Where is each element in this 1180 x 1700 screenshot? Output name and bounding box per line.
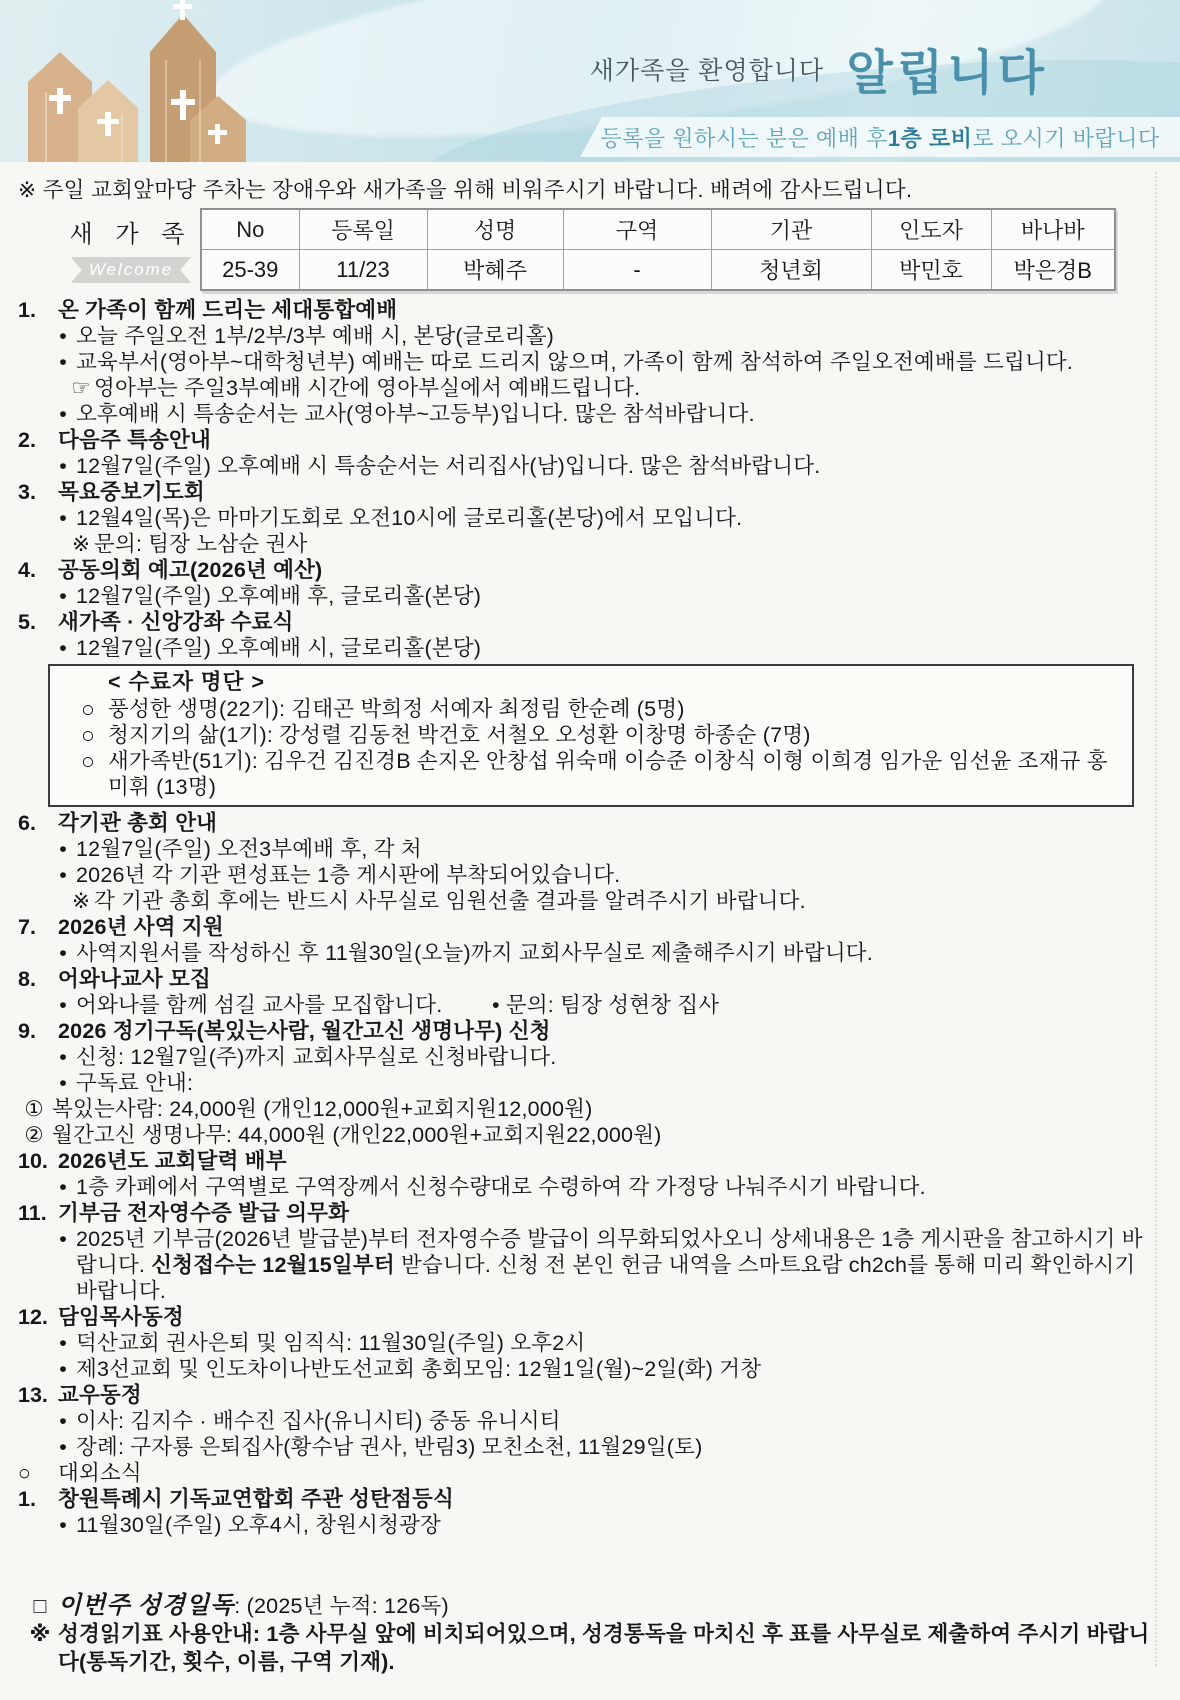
section-heading: 13.교우동정 bbox=[10, 1382, 1154, 1408]
sections: 1.온 가족이 함께 드리는 세대통합예배•오늘 주일오전 1부/2부/3부 예… bbox=[10, 297, 1154, 1538]
item-text: 어와나를 함께 섬길 교사를 모집합니다. • 문의: 팀장 성현창 집사 bbox=[76, 992, 1154, 1018]
item-marker: • bbox=[50, 635, 76, 661]
section-title: 어와나교사 모집 bbox=[58, 966, 211, 992]
list-item: ○청지기의 삶(1기): 강성렬 김동천 박건호 서철오 오성환 이창명 하종순… bbox=[68, 722, 1122, 748]
section-title: 다음주 특송안내 bbox=[58, 427, 211, 453]
item-marker: • bbox=[50, 505, 76, 531]
item-marker: • bbox=[50, 1044, 76, 1070]
list-item: •1층 카페에서 구역별로 구역장께서 신청수량대로 수령하여 각 가정당 나눠… bbox=[50, 1174, 1154, 1200]
list-item: ①복있는사람: 24,000원 (개인12,000원+교회지원12,000원) bbox=[16, 1096, 1154, 1122]
col-name: 성명 bbox=[427, 209, 563, 250]
section-heading: 5.새가족 · 신앙강좌 수료식 bbox=[10, 609, 1154, 635]
section-title: 공동의회 예고(2026년 예산) bbox=[58, 557, 322, 583]
item-marker: • bbox=[50, 323, 76, 349]
section-number: 6. bbox=[10, 810, 58, 836]
item-text: 제3선교회 및 인도차이나반도선교회 총회모임: 12월1일(월)~2일(화) … bbox=[76, 1356, 1154, 1382]
completion-list-box: < 수료자 명단 >○풍성한 생명(22기): 김태곤 박희정 서예자 최정림 … bbox=[48, 664, 1134, 807]
item-text: 2026년 각 기관 편성표는 1층 게시판에 부착되어있습니다. bbox=[76, 862, 1154, 888]
section: ○대외소식 bbox=[10, 1460, 1154, 1486]
item-text: 오늘 주일오전 1부/2부/3부 예배 시, 본당(글로리홀) bbox=[76, 323, 1154, 349]
section-number: 10. bbox=[10, 1148, 58, 1174]
registration-text-bold: 1층 로비 bbox=[888, 122, 973, 153]
item-text: 교육부서(영아부~대학청년부) 예배는 따로 드리지 않으며, 가족이 함께 참… bbox=[76, 349, 1154, 375]
page-title: 알립니다 bbox=[847, 47, 1048, 100]
section: 12.담임목사동정•덕산교회 권사은퇴 및 임직식: 11월30일(주일) 오후… bbox=[10, 1304, 1154, 1382]
section-number: 9. bbox=[10, 1018, 58, 1044]
list-item: ○새가족반(51기): 김우건 김진경B 손지온 안창섭 위숙매 이승준 이창식… bbox=[68, 748, 1122, 800]
bulletin-content: ※ 주일 교회앞마당 주차는 장애우와 새가족을 위해 비워주시기 바랍니다. … bbox=[0, 162, 1180, 1676]
perforation-line bbox=[1155, 172, 1157, 1666]
section-heading: 2.다음주 특송안내 bbox=[10, 427, 1154, 453]
item-marker: ※ bbox=[68, 531, 94, 557]
list-item: •교육부서(영아부~대학청년부) 예배는 따로 드리지 않으며, 가족이 함께 … bbox=[50, 349, 1154, 375]
item-marker: ☞ bbox=[68, 375, 94, 401]
item-text: 풍성한 생명(22기): 김태곤 박희정 서예자 최정림 한순례 (5명) bbox=[108, 696, 1122, 722]
item-text: 12월7일(주일) 오후예배 시 특송순서는 서리집사(남)입니다. 많은 참석… bbox=[76, 453, 1154, 479]
item-text: 11월30일(주일) 오후4시, 창원시청광장 bbox=[76, 1512, 1154, 1538]
cell-district: - bbox=[563, 250, 711, 291]
item-text: 구독료 안내: bbox=[76, 1070, 1154, 1096]
list-item: •어와나를 함께 섬길 교사를 모집합니다. • 문의: 팀장 성현창 집사 bbox=[50, 992, 1154, 1018]
section-number: 13. bbox=[10, 1382, 58, 1408]
newcomer-block: 새 가 족 Welcome No 등록일 성명 구역 기관 인도자 바나바 25… bbox=[62, 208, 1154, 291]
section: 5.새가족 · 신앙강좌 수료식•12월7일(주일) 오후예배 시, 글로리홀(… bbox=[10, 609, 1154, 807]
welcome-ribbon: Welcome bbox=[71, 257, 192, 283]
item-marker: • bbox=[50, 1330, 76, 1356]
item-marker: ② bbox=[16, 1122, 52, 1148]
item-marker: □ bbox=[22, 1592, 58, 1620]
table-row: 25-39 11/23 박혜주 - 청년회 박민호 박은경B bbox=[201, 250, 1115, 291]
list-item: ②월간고신 생명나무: 44,000원 (개인22,000원+교회지원22,00… bbox=[16, 1122, 1154, 1148]
item-text: 신청: 12월7일(주)까지 교회사무실로 신청바랍니다. bbox=[76, 1044, 1154, 1070]
col-organization: 기관 bbox=[711, 209, 871, 250]
section: 9.2026 정기구독(복있는사람, 월간고신 생명나무) 신청•신청: 12월… bbox=[10, 1018, 1154, 1148]
list-item: •장례: 구자룡 은퇴집사(황수남 권사, 반림3) 모친소천, 11월29일(… bbox=[50, 1434, 1154, 1460]
section-title: 2026년도 교회달력 배부 bbox=[58, 1148, 287, 1174]
newcomer-label-text: 새 가 족 bbox=[62, 214, 200, 249]
item-text: 12월7일(주일) 오후예배 후, 글로리홀(본당) bbox=[76, 583, 1154, 609]
section: 4.공동의회 예고(2026년 예산)•12월7일(주일) 오후예배 후, 글로… bbox=[10, 557, 1154, 609]
section-heading: 11.기부금 전자영수증 발급 의무화 bbox=[10, 1200, 1154, 1226]
section-number: 8. bbox=[10, 966, 58, 992]
col-reg-date: 등록일 bbox=[299, 209, 427, 250]
list-item: ○풍성한 생명(22기): 김태곤 박희정 서예자 최정림 한순례 (5명) bbox=[68, 696, 1122, 722]
registration-banner: 등록을 원하시는 분은 예배 후 1층 로비 로 오시기 바랍니다 bbox=[580, 117, 1180, 157]
item-text: 오후예배 시 특송순서는 교사(영아부~고등부)입니다. 많은 참석바랍니다. bbox=[76, 401, 1154, 427]
section-number: ○ bbox=[10, 1460, 58, 1486]
emphasis-text: 성경읽기표 사용안내: 1층 사무실 앞에 비치되어있으며, 성경통독을 마치신… bbox=[58, 1622, 1150, 1674]
list-item: •12월7일(주일) 오후예배 시 특송순서는 서리집사(남)입니다. 많은 참… bbox=[50, 453, 1154, 479]
list-item: ※각 기관 총회 후에는 반드시 사무실로 임원선출 결과를 알려주시기 바랍니… bbox=[68, 888, 1154, 914]
section-heading: 10.2026년도 교회달력 배부 bbox=[10, 1148, 1154, 1174]
section-heading: 3.목요중보기도회 bbox=[10, 479, 1154, 505]
section: 1.창원특례시 기독교연합회 주관 성탄점등식•11월30일(주일) 오후4시,… bbox=[10, 1486, 1154, 1538]
item-marker: ○ bbox=[68, 722, 108, 748]
list-item: •신청: 12월7일(주)까지 교회사무실로 신청바랍니다. bbox=[50, 1044, 1154, 1070]
item-text: 2025년 기부금(2026년 발급분)부터 전자영수증 발급이 의무화되었사오… bbox=[76, 1226, 1154, 1304]
list-item: •이사: 김지수 · 배수진 집사(유니시티) 중동 유니시티 bbox=[50, 1408, 1154, 1434]
col-guide: 인도자 bbox=[871, 209, 991, 250]
list-item: •오후예배 시 특송순서는 교사(영아부~고등부)입니다. 많은 참석바랍니다. bbox=[50, 401, 1154, 427]
section-title: 새가족 · 신앙강좌 수료식 bbox=[58, 609, 294, 635]
col-no: No bbox=[201, 209, 299, 250]
item-text: 1층 카페에서 구역별로 구역장께서 신청수량대로 수령하여 각 가정당 나눠주… bbox=[76, 1174, 1154, 1200]
item-marker: ○ bbox=[68, 748, 108, 800]
item-marker: • bbox=[50, 349, 76, 375]
item-text: 영아부는 주일3부예배 시간에 영아부실에서 예배드립니다. bbox=[94, 375, 1154, 401]
section-number: 11. bbox=[10, 1200, 58, 1226]
cell-no: 25-39 bbox=[201, 250, 299, 291]
section-title: 온 가족이 함께 드리는 세대통합예배 bbox=[58, 297, 397, 323]
item-marker: • bbox=[50, 453, 76, 479]
header-title-line: 새가족을 환영합니다 알립니다 bbox=[590, 34, 1048, 103]
section-heading: ○대외소식 bbox=[10, 1460, 1154, 1486]
item-marker: • bbox=[50, 1070, 76, 1096]
table-header-row: No 등록일 성명 구역 기관 인도자 바나바 bbox=[201, 209, 1115, 250]
item-text: 장례: 구자룡 은퇴집사(황수남 권사, 반림3) 모친소천, 11월29일(토… bbox=[76, 1434, 1154, 1460]
item-marker: ① bbox=[16, 1096, 52, 1122]
item-text: 12월7일(주일) 오후예배 시, 글로리홀(본당) bbox=[76, 635, 1154, 661]
item-marker: • bbox=[50, 940, 76, 966]
section: 10.2026년도 교회달력 배부•1층 카페에서 구역별로 구역장께서 신청수… bbox=[10, 1148, 1154, 1200]
section-title: 각기관 총회 안내 bbox=[58, 810, 217, 836]
plain-text: : (2025년 누적: 126독) bbox=[234, 1594, 449, 1618]
item-marker: • bbox=[50, 1226, 76, 1304]
item-marker: • bbox=[50, 1408, 76, 1434]
section-title: 담임목사동정 bbox=[58, 1304, 184, 1330]
item-text: 청지기의 삶(1기): 강성렬 김동천 박건호 서철오 오성환 이창명 하종순 … bbox=[108, 722, 1122, 748]
item-text: 복있는사람: 24,000원 (개인12,000원+교회지원12,000원) bbox=[52, 1096, 1154, 1122]
section-number: 1. bbox=[10, 1486, 58, 1512]
section-number: 4. bbox=[10, 557, 58, 583]
section: 1.온 가족이 함께 드리는 세대통합예배•오늘 주일오전 1부/2부/3부 예… bbox=[10, 297, 1154, 427]
section-heading: 6.각기관 총회 안내 bbox=[10, 810, 1154, 836]
list-item: •오늘 주일오전 1부/2부/3부 예배 시, 본당(글로리홀) bbox=[50, 323, 1154, 349]
emphasis-text: 이번주 성경일독 bbox=[58, 1593, 234, 1619]
section-number: 3. bbox=[10, 479, 58, 505]
list-item: •2025년 기부금(2026년 발급분)부터 전자영수증 발급이 의무화되었사… bbox=[50, 1226, 1154, 1304]
footer-note: ※성경읽기표 사용안내: 1층 사무실 앞에 비치되어있으며, 성경통독을 마치… bbox=[22, 1620, 1154, 1676]
parking-notice: ※ 주일 교회앞마당 주차는 장애우와 새가족을 위해 비워주시기 바랍니다. … bbox=[18, 176, 1150, 204]
cell-reg-date: 11/23 bbox=[299, 250, 427, 291]
list-item: •11월30일(주일) 오후4시, 창원시청광장 bbox=[50, 1512, 1154, 1538]
section-number: 5. bbox=[10, 609, 58, 635]
item-marker: • bbox=[50, 1434, 76, 1460]
section: 8.어와나교사 모집•어와나를 함께 섬길 교사를 모집합니다. • 문의: 팀… bbox=[10, 966, 1154, 1018]
newcomer-table: No 등록일 성명 구역 기관 인도자 바나바 25-39 11/23 박혜주 … bbox=[200, 208, 1116, 291]
item-text: 문의: 팀장 노삼순 권사 bbox=[94, 531, 1154, 557]
list-item: •12월4일(목)은 마마기도회로 오전10시에 글로리홀(본당)에서 모입니다… bbox=[50, 505, 1154, 531]
section-number: 7. bbox=[10, 914, 58, 940]
section: 13.교우동정•이사: 김지수 · 배수진 집사(유니시티) 중동 유니시티•장… bbox=[10, 1382, 1154, 1460]
section: 2.다음주 특송안내•12월7일(주일) 오후예배 시 특송순서는 서리집사(남… bbox=[10, 427, 1154, 479]
item-marker: • bbox=[50, 583, 76, 609]
footer-notes: □이번주 성경일독: (2025년 누적: 126독)※성경읽기표 사용안내: … bbox=[16, 1592, 1154, 1676]
item-marker: ※ bbox=[68, 888, 94, 914]
cell-organization: 청년회 bbox=[711, 250, 871, 291]
item-marker: • bbox=[50, 401, 76, 427]
list-item: •12월7일(주일) 오후예배 후, 글로리홀(본당) bbox=[50, 583, 1154, 609]
section-heading: 1.온 가족이 함께 드리는 세대통합예배 bbox=[10, 297, 1154, 323]
section-number: 12. bbox=[10, 1304, 58, 1330]
list-item: •12월7일(주일) 오전3부예배 후, 각 처 bbox=[50, 836, 1154, 862]
section-number: 2. bbox=[10, 427, 58, 453]
item-text: 월간고신 생명나무: 44,000원 (개인22,000원+교회지원22,000… bbox=[52, 1122, 1154, 1148]
item-text: 12월7일(주일) 오전3부예배 후, 각 처 bbox=[76, 836, 1154, 862]
item-text: 새가족반(51기): 김우건 김진경B 손지온 안창섭 위숙매 이승준 이창식 … bbox=[108, 748, 1122, 800]
list-item: •덕산교회 권사은퇴 및 임직식: 11월30일(주일) 오후2시 bbox=[50, 1330, 1154, 1356]
col-barnabas: 바나바 bbox=[991, 209, 1115, 250]
item-marker: • bbox=[50, 992, 76, 1018]
header-welcome-text: 새가족을 환영합니다 bbox=[590, 57, 824, 85]
item-text: 이번주 성경일독: (2025년 누적: 126독) bbox=[58, 1592, 1154, 1620]
cell-barnabas: 박은경B bbox=[991, 250, 1115, 291]
item-marker: • bbox=[50, 1174, 76, 1200]
section: 6.각기관 총회 안내•12월7일(주일) 오전3부예배 후, 각 처•2026… bbox=[10, 810, 1154, 914]
section-title: 2026년 사역 지원 bbox=[58, 914, 224, 940]
item-text: 성경읽기표 사용안내: 1층 사무실 앞에 비치되어있으며, 성경통독을 마치신… bbox=[58, 1620, 1154, 1676]
list-item: •2026년 각 기관 편성표는 1층 게시판에 부착되어있습니다. bbox=[50, 862, 1154, 888]
cell-guide: 박민호 bbox=[871, 250, 991, 291]
section-title: 기부금 전자영수증 발급 의무화 bbox=[58, 1200, 349, 1226]
section-title: 목요중보기도회 bbox=[58, 479, 205, 505]
section-number: 1. bbox=[10, 297, 58, 323]
list-item: •사역지원서를 작성하신 후 11월30일(오늘)까지 교회사무실로 제출해주시… bbox=[50, 940, 1154, 966]
list-item: •제3선교회 및 인도차이나반도선교회 총회모임: 12월1일(월)~2일(화)… bbox=[50, 1356, 1154, 1382]
item-marker: • bbox=[50, 1512, 76, 1538]
section: 11.기부금 전자영수증 발급 의무화•2025년 기부금(2026년 발급분)… bbox=[10, 1200, 1154, 1304]
church-illustration-icon bbox=[0, 0, 250, 162]
cell-name: 박혜주 bbox=[427, 250, 563, 291]
bulletin-page: 새가족을 환영합니다 알립니다 등록을 원하시는 분은 예배 후 1층 로비 로… bbox=[0, 0, 1180, 1700]
registration-text: 로 오시기 바랍니다 bbox=[972, 122, 1159, 153]
emphasis-text: 신청접수는 12월15일부터 bbox=[151, 1253, 395, 1277]
item-marker: • bbox=[50, 1356, 76, 1382]
section-title: 2026 정기구독(복있는사람, 월간고신 생명나무) 신청 bbox=[58, 1018, 551, 1044]
item-text: 각 기관 총회 후에는 반드시 사무실로 임원선출 결과를 알려주시기 바랍니다… bbox=[94, 888, 1154, 914]
section-heading: 7.2026년 사역 지원 bbox=[10, 914, 1154, 940]
section-heading: 1.창원특례시 기독교연합회 주관 성탄점등식 bbox=[10, 1486, 1154, 1512]
col-district: 구역 bbox=[563, 209, 711, 250]
section-heading: 4.공동의회 예고(2026년 예산) bbox=[10, 557, 1154, 583]
item-marker: • bbox=[50, 862, 76, 888]
list-item: •구독료 안내: bbox=[50, 1070, 1154, 1096]
list-item: •12월7일(주일) 오후예배 시, 글로리홀(본당) bbox=[50, 635, 1154, 661]
section-title: 대외소식 bbox=[58, 1460, 142, 1486]
footer-note: □이번주 성경일독: (2025년 누적: 126독) bbox=[22, 1592, 1154, 1620]
item-text: 사역지원서를 작성하신 후 11월30일(오늘)까지 교회사무실로 제출해주시기… bbox=[76, 940, 1154, 966]
item-marker: ○ bbox=[68, 696, 108, 722]
header-banner: 새가족을 환영합니다 알립니다 등록을 원하시는 분은 예배 후 1층 로비 로… bbox=[0, 0, 1180, 162]
section-title: 창원특례시 기독교연합회 주관 성탄점등식 bbox=[58, 1486, 454, 1512]
item-text: 덕산교회 권사은퇴 및 임직식: 11월30일(주일) 오후2시 bbox=[76, 1330, 1154, 1356]
section-heading: 12.담임목사동정 bbox=[10, 1304, 1154, 1330]
registration-text: 등록을 원하시는 분은 예배 후 bbox=[600, 122, 887, 153]
list-item: ※문의: 팀장 노삼순 권사 bbox=[68, 531, 1154, 557]
list-item: ☞영아부는 주일3부예배 시간에 영아부실에서 예배드립니다. bbox=[68, 375, 1154, 401]
section-heading: 9.2026 정기구독(복있는사람, 월간고신 생명나무) 신청 bbox=[10, 1018, 1154, 1044]
newcomer-label: 새 가 족 Welcome bbox=[62, 208, 200, 291]
section-heading: 8.어와나교사 모집 bbox=[10, 966, 1154, 992]
item-text: 12월4일(목)은 마마기도회로 오전10시에 글로리홀(본당)에서 모입니다. bbox=[76, 505, 1154, 531]
item-marker: ※ bbox=[22, 1620, 58, 1676]
section: 7.2026년 사역 지원•사역지원서를 작성하신 후 11월30일(오늘)까지… bbox=[10, 914, 1154, 966]
section-title: 교우동정 bbox=[58, 1382, 142, 1408]
item-marker: • bbox=[50, 836, 76, 862]
box-title: < 수료자 명단 > bbox=[62, 669, 1122, 696]
item-text: 이사: 김지수 · 배수진 집사(유니시티) 중동 유니시티 bbox=[76, 1408, 1154, 1434]
section: 3.목요중보기도회•12월4일(목)은 마마기도회로 오전10시에 글로리홀(본… bbox=[10, 479, 1154, 557]
